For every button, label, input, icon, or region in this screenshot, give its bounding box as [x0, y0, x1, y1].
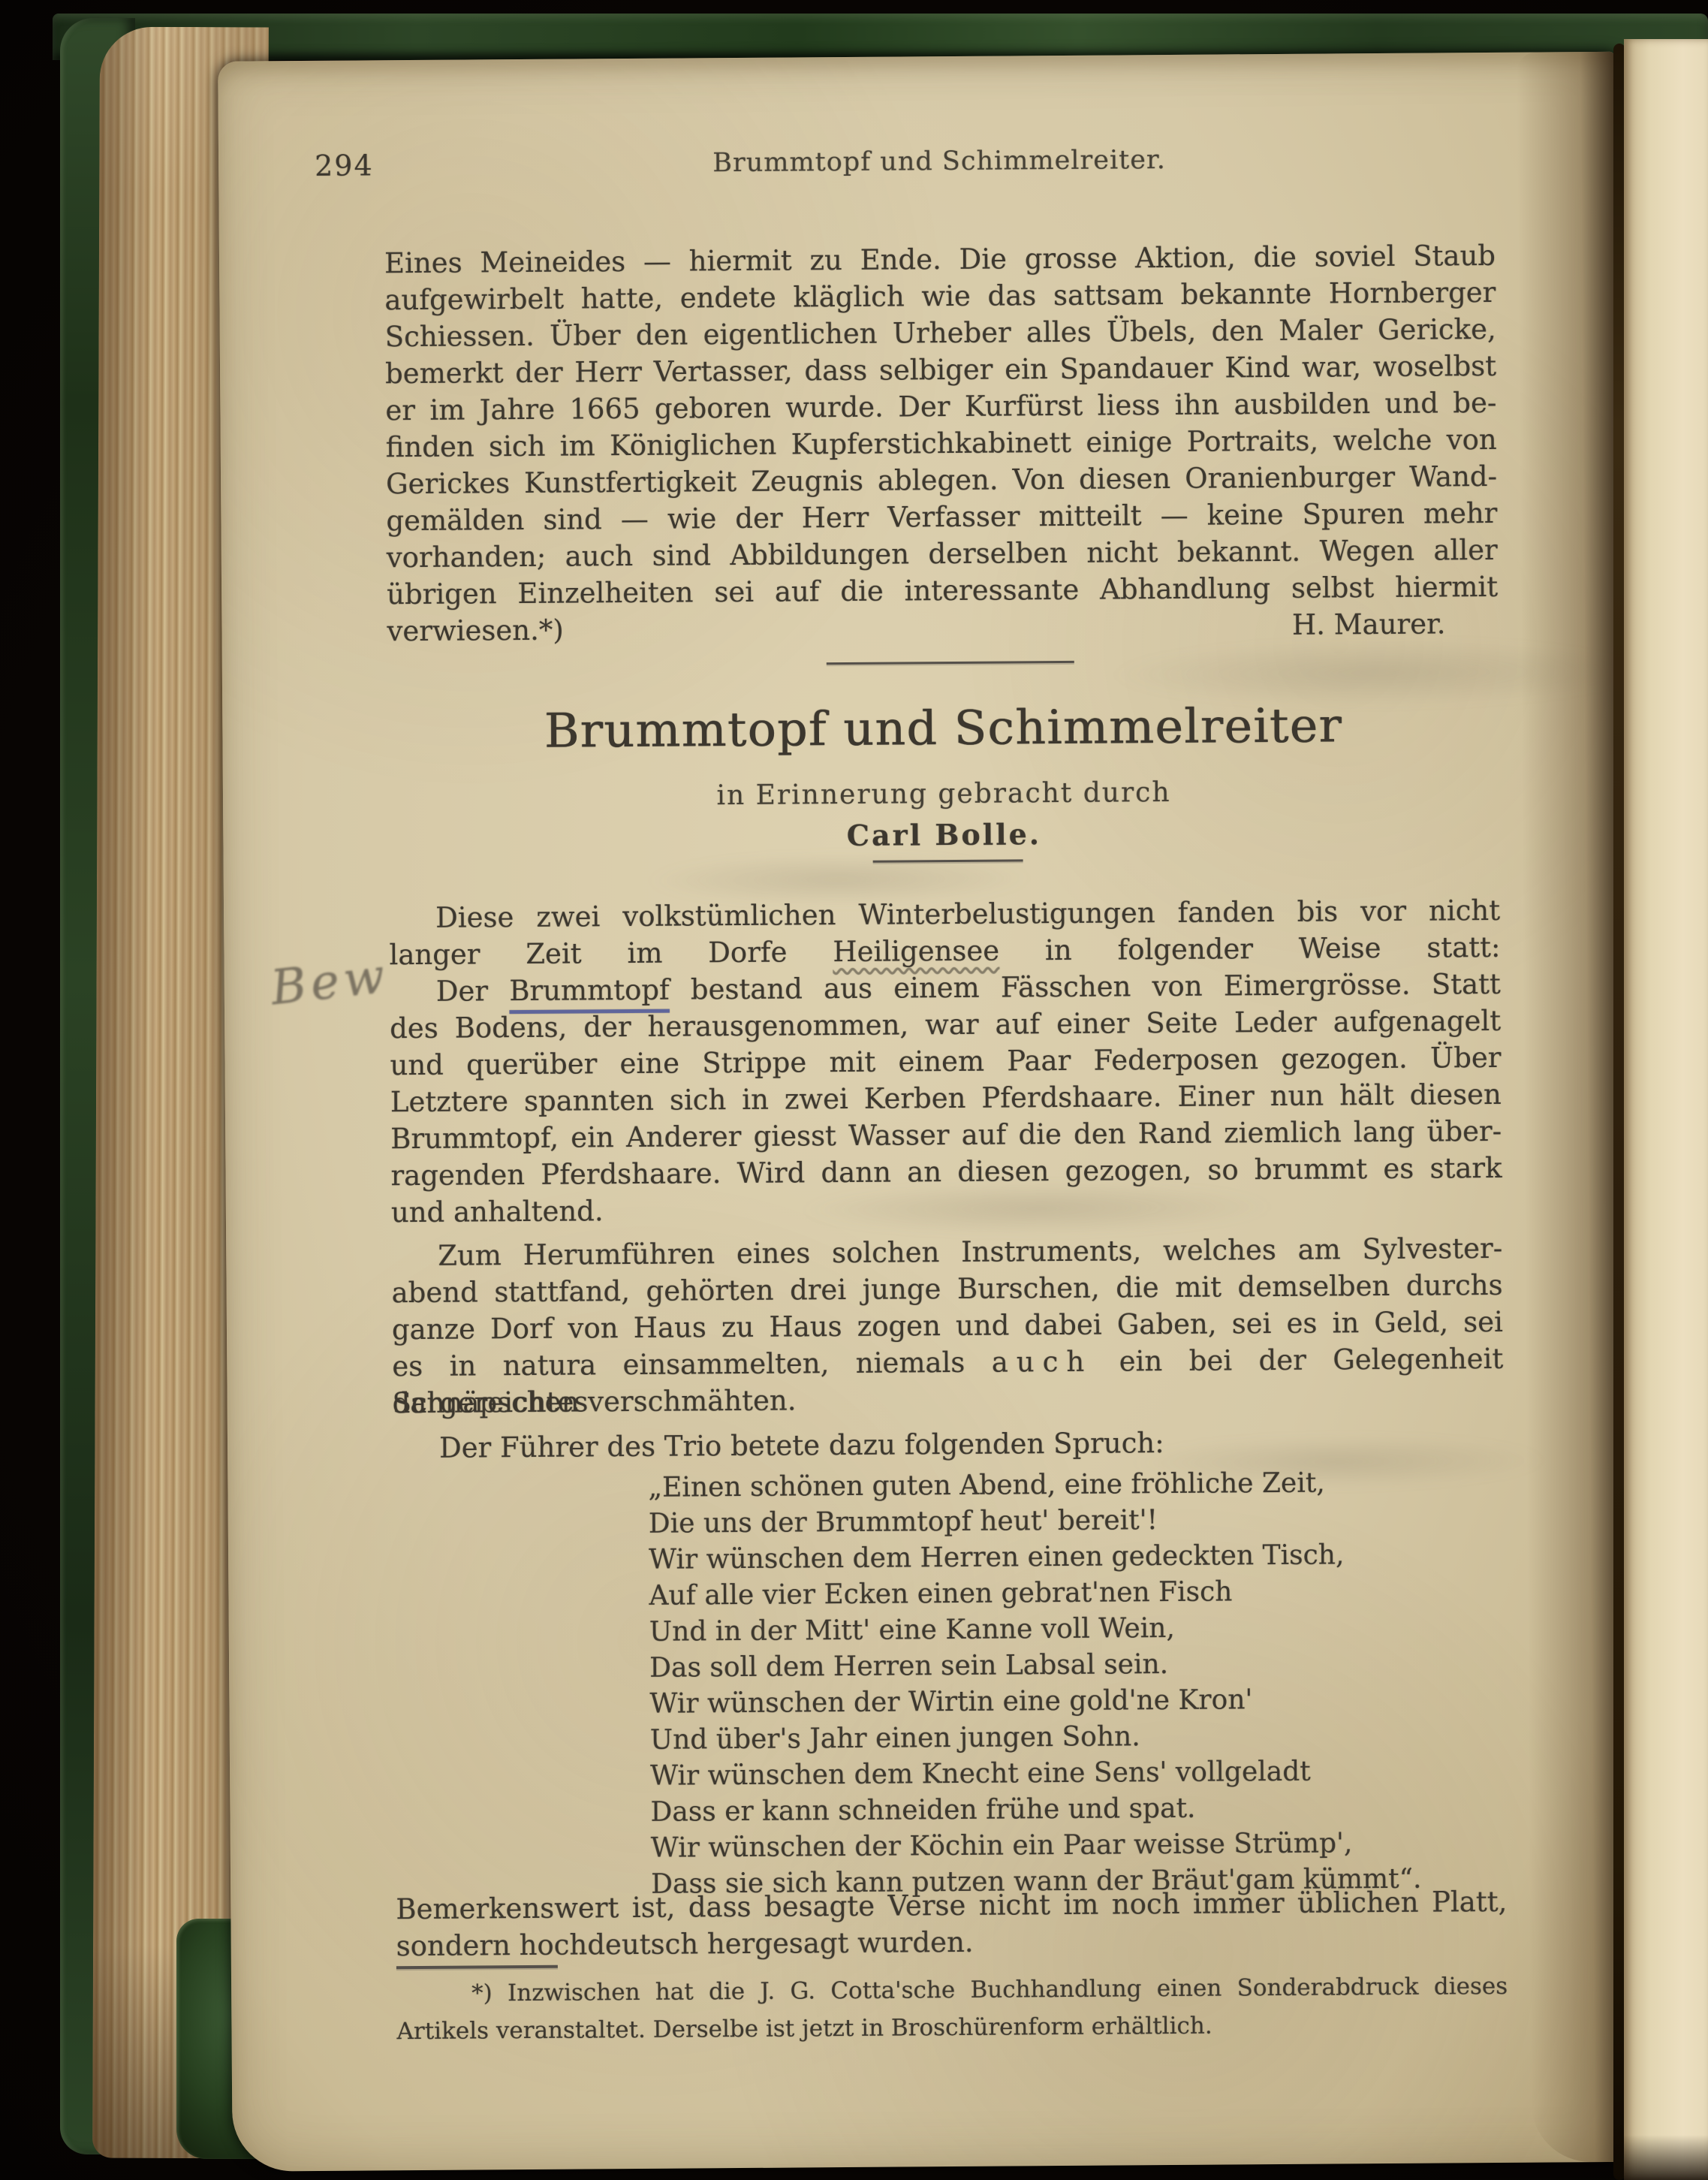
verse-intro-line: Der Führer des Trio betete dazu folgende… [393, 1422, 1550, 1467]
running-title: Brummtopf und Schimmelreiter. [384, 143, 1495, 180]
article-subtitle: in Erinnerung gebracht durch [388, 775, 1499, 813]
verse-line: Das soll dem Herren sein Labsal sein. [649, 1645, 1505, 1687]
rounds-paragraph: Zum Herumführen eines solchen Instrument… [391, 1230, 1504, 1422]
gutter-inner-shade [1517, 52, 1629, 2163]
text-fragment: es in natura einsammelten, niemals [392, 1346, 992, 1383]
footnote-reference: verwiesen.*) [387, 612, 564, 650]
author-signature: H. Maurer. [1292, 605, 1446, 643]
text-line: sondern hochdeutsch hergesagt wurden. [396, 1920, 1508, 1964]
text-line: Bemerkenswert ist, dass besagte Verse ni… [396, 1883, 1507, 1928]
text-line: Schnäpschen verschmähten. [392, 1377, 1503, 1422]
pencil-underlined-word: Heiligensee [833, 935, 999, 969]
page-number: 294 [315, 149, 374, 182]
margin-pencil-annotation: Bew [268, 948, 392, 1016]
scanned-page: 294 Brummtopf und Schimmelreiter. Eines … [218, 52, 1629, 2172]
verse-line: Dass er kann schneiden frühe und spat. [650, 1789, 1506, 1831]
verse-line: Wir wünschen dem Herren einen gedeckten … [649, 1536, 1505, 1578]
footnote-line: Artikels veranstaltet. Derselbe ist jetz… [396, 2007, 1508, 2052]
verse-line: „Einen schönen guten Abend, eine fröhlic… [648, 1464, 1504, 1506]
verse-block: „Einen schönen guten Abend, eine fröhlic… [648, 1464, 1507, 1903]
verse-line: Wir wünschen der Köchin ein Paar weisse … [651, 1825, 1507, 1867]
intro-paragraph: Diese zwei volkstümlichen Winterbelustig… [389, 892, 1501, 973]
article-title: Brummtopf und Schimmelreiter [387, 697, 1499, 759]
printed-text-layer: 294 Brummtopf und Schimmelreiter. Eines … [218, 52, 1629, 2172]
facing-page-edge [1624, 39, 1708, 2180]
article-author: Carl Bolle. [388, 814, 1499, 855]
facing-page-bottom-shadow [1624, 2135, 1708, 2180]
book-scan-photo: 294 Brummtopf und Schimmelreiter. Eines … [0, 0, 1708, 2180]
text-fragment: langer Zeit im Dorfe [389, 936, 833, 971]
text-fragment: in folgender Weise statt: [999, 931, 1501, 967]
brummtopf-paragraph: Der Brummtopf bestand aus einem Fässchen… [390, 966, 1502, 1231]
verse-line: Wir wünschen dem Knecht eine Sens' vollg… [650, 1753, 1506, 1795]
pencil-underlined-word: Brummtopf [509, 974, 670, 1007]
previous-article-ending: Eines Meineides — hiermit zu Ende. Die g… [384, 237, 1499, 650]
footnote-rule [396, 1965, 558, 1970]
verse-line: Und über's Jahr einen jungen Sohn. [650, 1717, 1506, 1759]
section-divider-rule [827, 661, 1074, 665]
closing-paragraph: Bemerkenswert ist, dass besagte Verse ni… [396, 1883, 1508, 1964]
text-line: und anhaltend. [391, 1186, 1502, 1231]
text-line: es in natura einsammelten, niemals auch … [392, 1340, 1503, 1385]
heading-divider-rule [873, 859, 1023, 862]
verse-line: Wir wünschen der Wirtin eine gold'ne Kro… [649, 1681, 1505, 1723]
verse-line: Auf alle vier Ecken einen gebrat'nen Fis… [649, 1572, 1505, 1615]
text-fragment: bestand aus einem Fässchen von Eimergrös… [670, 968, 1501, 1006]
verse-line: Die uns der Brummtopf heut' bereit'! [649, 1500, 1505, 1542]
letter-spaced-word: auch [992, 1346, 1093, 1379]
text-line: ragenden Pferdshaare. Wird dann an diese… [390, 1150, 1502, 1194]
text-line: verwiesen.*) H. Maurer. [387, 605, 1498, 650]
footnote: *) Inzwischen hat die J. G. Cotta'sche B… [396, 1969, 1508, 2052]
text-fragment: Der [436, 975, 510, 1008]
verse-line: Und in der Mitt' eine Kanne voll Wein, [649, 1609, 1505, 1651]
